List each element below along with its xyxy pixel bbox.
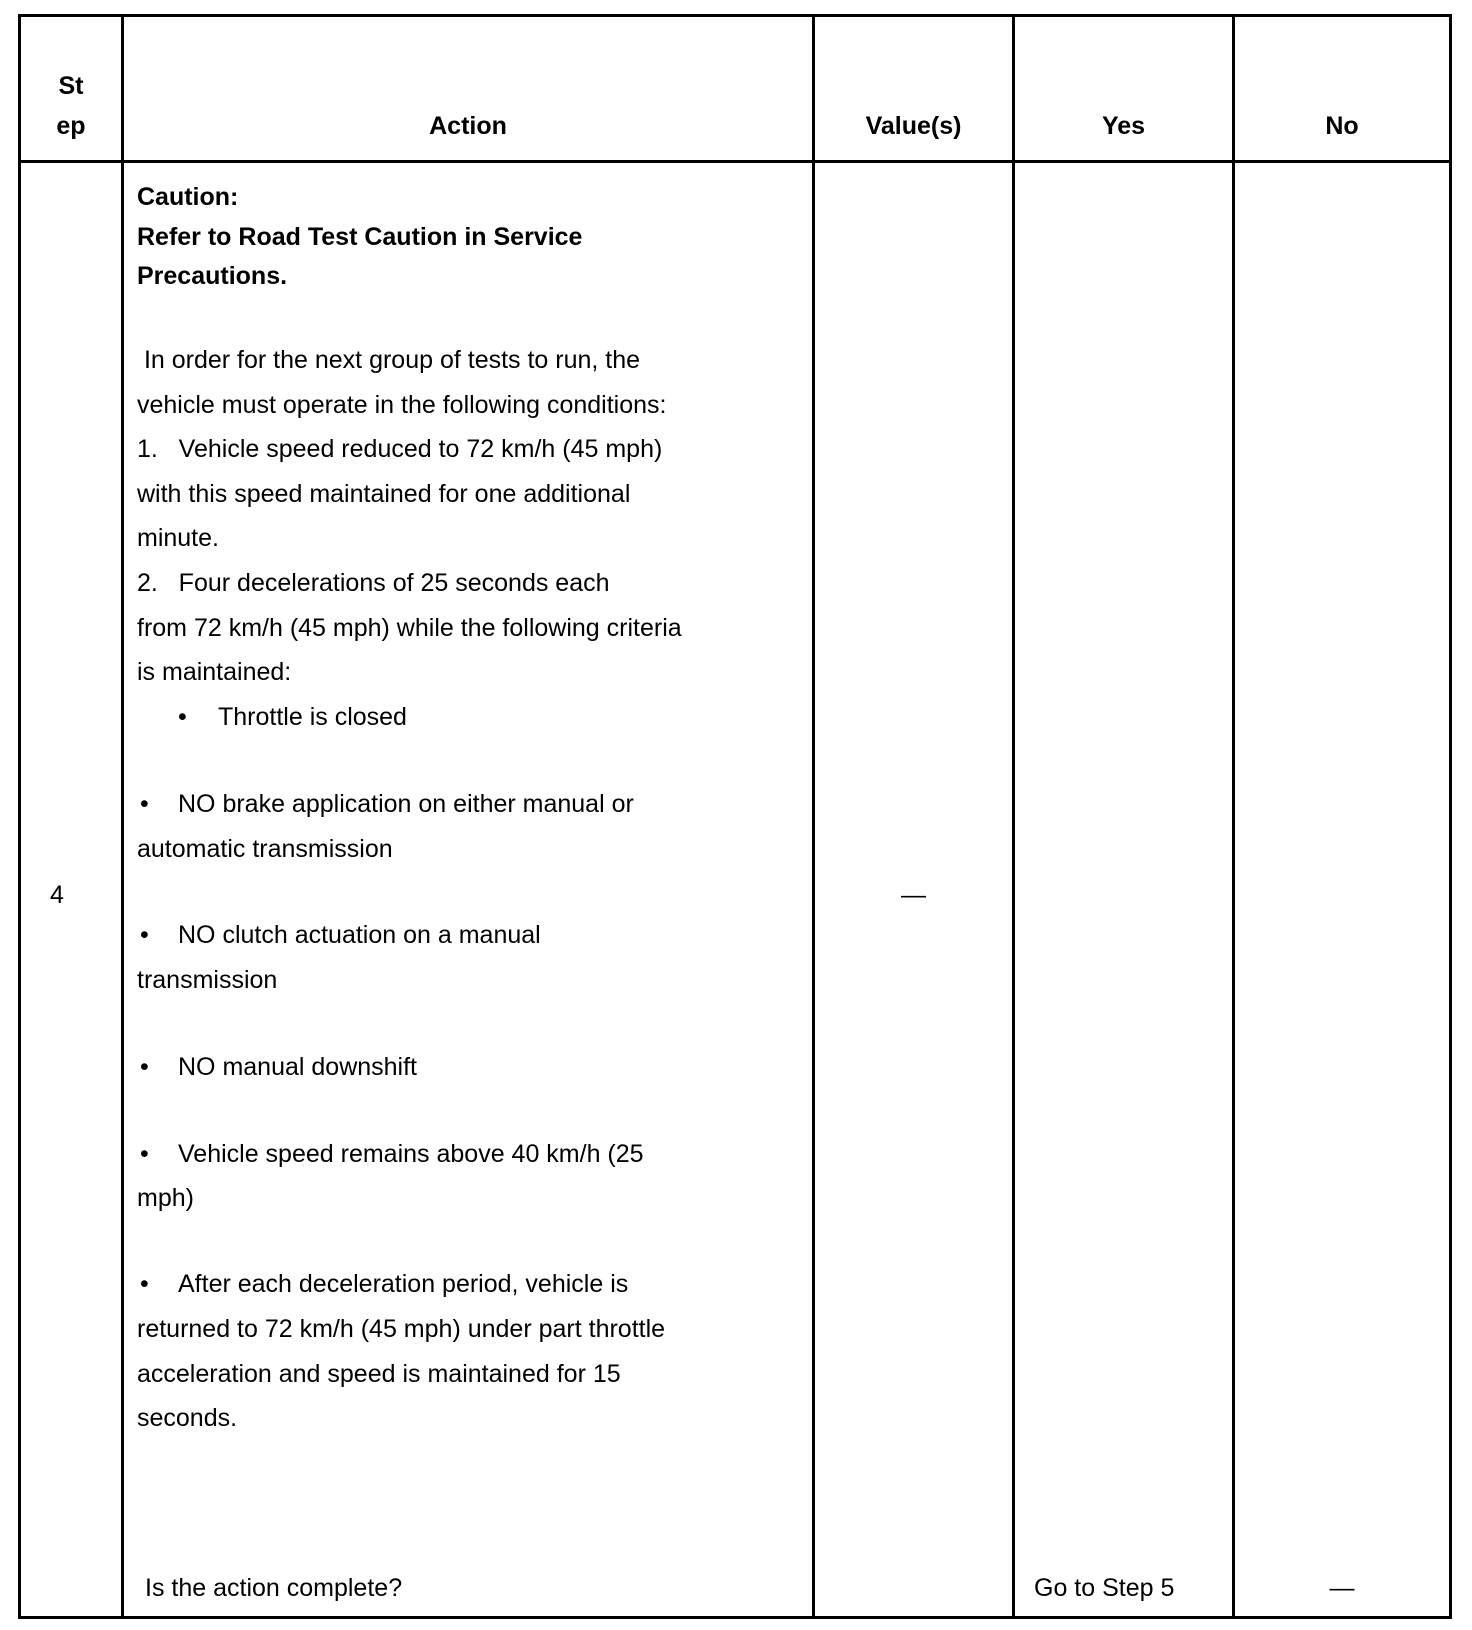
criteria-after-decel-cont: seconds. [137, 1404, 237, 1433]
yes-no-divider [1232, 14, 1235, 1619]
caution-text: Refer to Road Test Caution in Service [137, 223, 582, 252]
action-line: 2. Four decelerations of 25 seconds each [137, 569, 610, 598]
header-yes: Yes [1012, 112, 1235, 141]
step-number: 4 [50, 881, 64, 910]
table-top-border [18, 14, 1452, 17]
caution-title: Caution: [137, 183, 238, 212]
bullet-glyph: • [140, 1053, 149, 1082]
table-left-border [18, 14, 21, 1619]
action-line: 1. Vehicle speed reduced to 72 km/h (45 … [137, 435, 662, 464]
criteria-throttle-closed: Throttle is closed [218, 703, 407, 732]
criteria-no-brake-cont: automatic transmission [137, 835, 393, 864]
action-line: vehicle must operate in the following co… [137, 391, 666, 420]
action-question: Is the action complete? [145, 1574, 402, 1603]
bullet-glyph: • [178, 703, 187, 732]
bullet-glyph: • [140, 921, 149, 950]
criteria-after-decel-cont: returned to 72 km/h (45 mph) under part … [137, 1315, 665, 1344]
header-action: Action [121, 112, 815, 141]
bullet-glyph: • [140, 790, 149, 819]
action-line: is maintained: [137, 658, 291, 687]
bullet-glyph: • [140, 1270, 149, 1299]
table-bottom-border [18, 1616, 1452, 1619]
criteria-no-brake: NO brake application on either manual or [178, 790, 634, 819]
no-cell: — [1232, 1574, 1452, 1603]
yes-go-to-step-5-link[interactable]: Go to Step 5 [1034, 1574, 1174, 1603]
action-line: In order for the next group of tests to … [137, 346, 640, 375]
criteria-no-downshift: NO manual downshift [178, 1053, 417, 1082]
header-no: No [1232, 112, 1452, 141]
table-right-border [1449, 14, 1452, 1619]
header-bottom-border [18, 160, 1452, 163]
header-step-cont: ep [18, 112, 124, 141]
criteria-no-clutch-cont: transmission [137, 966, 277, 995]
action-value-divider [812, 14, 815, 1619]
value-cell: — [812, 881, 1015, 910]
header-values: Value(s) [812, 112, 1015, 141]
header-step: St [18, 72, 124, 101]
criteria-after-decel-cont: acceleration and speed is maintained for… [137, 1360, 621, 1389]
action-line: with this speed maintained for one addit… [137, 480, 630, 509]
criteria-after-decel: After each deceleration period, vehicle … [178, 1270, 628, 1299]
criteria-no-clutch: NO clutch actuation on a manual [178, 921, 541, 950]
action-line: minute. [137, 524, 219, 553]
value-yes-divider [1012, 14, 1015, 1619]
criteria-speed-above-cont: mph) [137, 1184, 194, 1213]
bullet-glyph: • [140, 1140, 149, 1169]
criteria-speed-above: Vehicle speed remains above 40 km/h (25 [178, 1140, 644, 1169]
step-action-divider [121, 14, 124, 1619]
action-line: from 72 km/h (45 mph) while the followin… [137, 614, 682, 643]
caution-text-cont: Precautions. [137, 262, 287, 291]
